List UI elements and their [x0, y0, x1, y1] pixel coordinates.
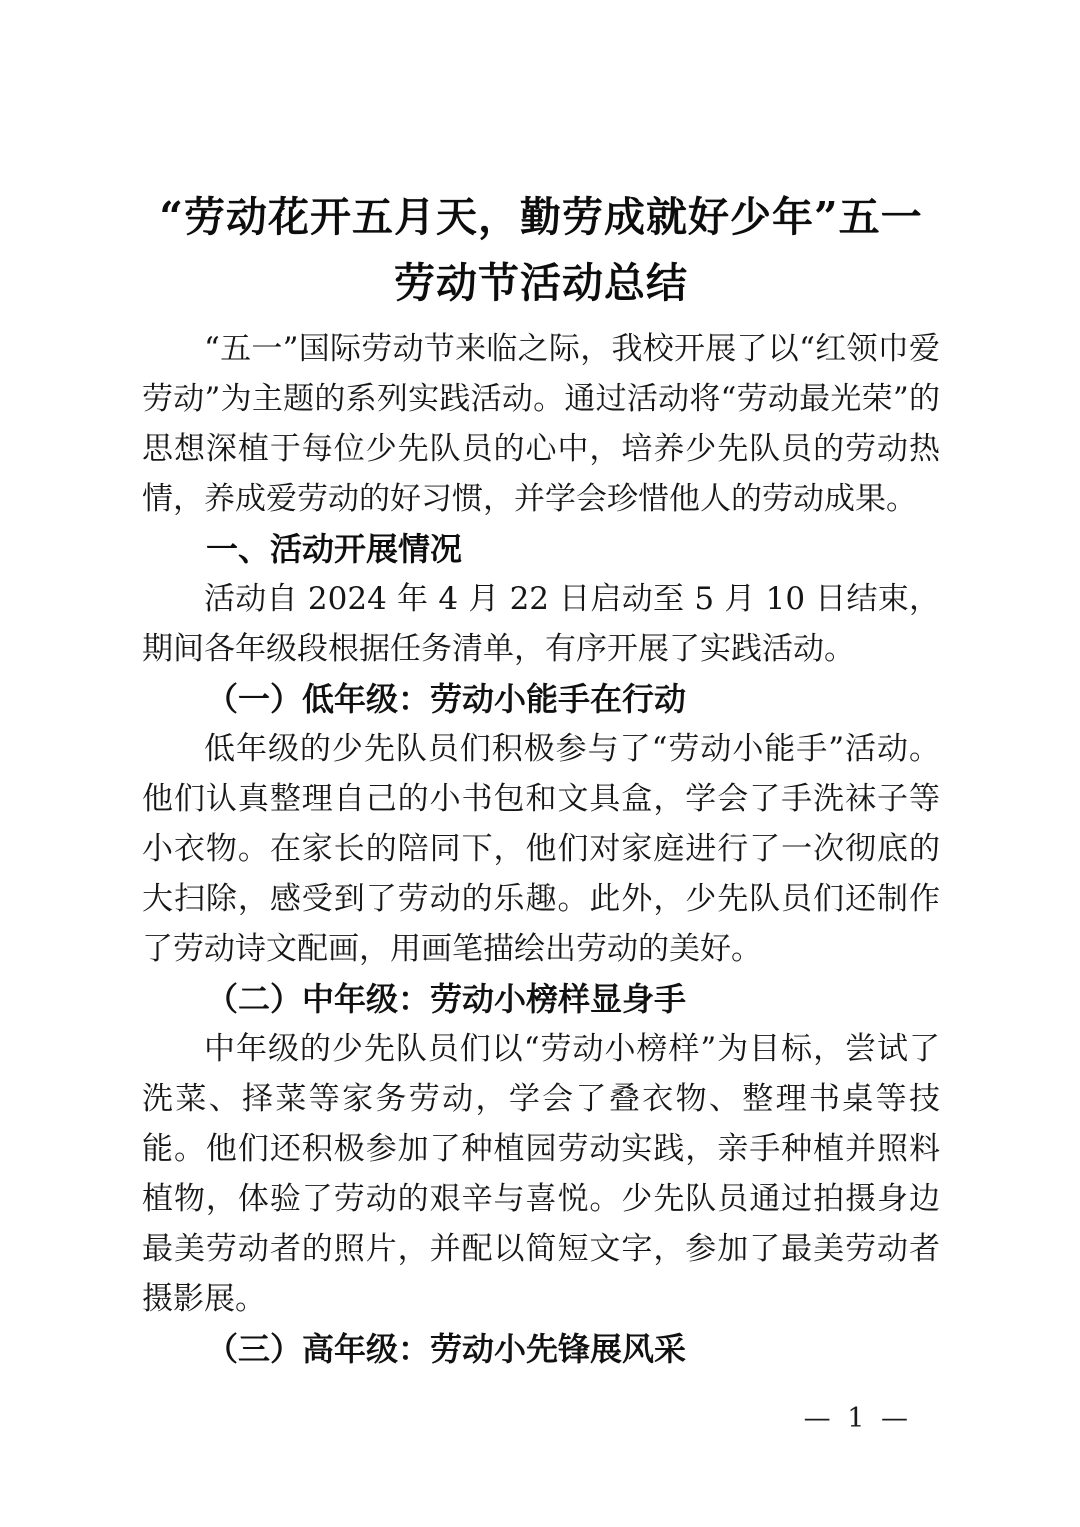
document-page: “劳动花开五月天，勤劳成就好少年”五一劳动节活动总结 “五一”国际劳动节来临之际…: [0, 0, 1080, 1527]
sub-heading: （二）中年级：劳动小榜样显身手: [142, 974, 940, 1024]
section-heading: 一、活动开展情况: [142, 524, 940, 574]
page-number: — 1 —: [804, 1404, 912, 1434]
paragraph: “五一”国际劳动节来临之际，我校开展了以“红领巾爱劳动”为主题的系列实践活动。通…: [142, 324, 940, 524]
paragraph: 低年级的少先队员们积极参与了“劳动小能手”活动。他们认真整理自己的小书包和文具盒…: [142, 724, 940, 974]
document-body: “五一”国际劳动节来临之际，我校开展了以“红领巾爱劳动”为主题的系列实践活动。通…: [142, 324, 940, 1374]
sub-heading: （三）高年级：劳动小先锋展风采: [142, 1324, 940, 1374]
paragraph: 中年级的少先队员们以“劳动小榜样”为目标，尝试了洗菜、择菜等家务劳动，学会了叠衣…: [142, 1024, 940, 1324]
paragraph: 活动自 2024 年 4 月 22 日启动至 5 月 10 日结束，期间各年级段…: [142, 574, 940, 674]
document-title: “劳动花开五月天，勤劳成就好少年”五一劳动节活动总结: [142, 184, 940, 316]
sub-heading: （一）低年级：劳动小能手在行动: [142, 674, 940, 724]
